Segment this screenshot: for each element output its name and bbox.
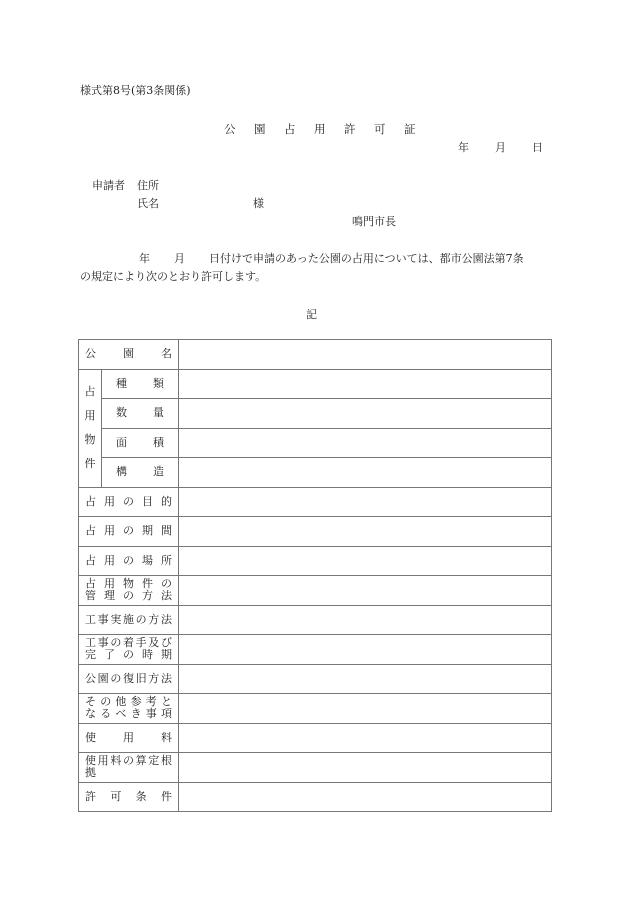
area-value[interactable] xyxy=(179,428,552,458)
quantity-value[interactable] xyxy=(179,399,552,429)
title-char: 用 xyxy=(314,121,326,137)
table-row: その他参考と なるべき事項 xyxy=(79,694,552,724)
permit-conditions-value[interactable] xyxy=(179,782,552,812)
title-char: 占 xyxy=(284,121,296,137)
issue-date: 年月日 xyxy=(458,139,543,155)
table-row: 公園名 xyxy=(79,340,552,370)
management-method-label: 占用物件の 管理の方法 xyxy=(79,576,179,606)
issuer: 鳴門市長 xyxy=(352,213,396,229)
construction-method-label: 工事実施の方法 xyxy=(79,605,179,635)
table-row: 許可条件 xyxy=(79,782,552,812)
address-label: 住所 xyxy=(137,177,159,193)
fee-basis-value[interactable] xyxy=(179,753,552,783)
restoration-method-label: 公園の復旧方法 xyxy=(79,664,179,694)
date-year: 年 xyxy=(458,139,469,155)
period-label: 占用の期間 xyxy=(79,517,179,547)
title-char: 証 xyxy=(404,121,416,137)
park-name-label: 公園名 xyxy=(79,340,179,370)
permit-table: 公園名 占用物件 種類 数量 面積 構造 占用の目的 占用の期間 占用の場所 占… xyxy=(78,339,552,812)
table-row: 工事実施の方法 xyxy=(79,605,552,635)
body-text: 日付けで申請のあった公園の占用については、都市公園法第7条 xyxy=(209,252,524,265)
type-label: 種類 xyxy=(102,369,179,399)
body-year: 年 xyxy=(139,252,150,265)
form-number: 様式第8号(第3条関係) xyxy=(80,82,191,98)
table-row: 構造 xyxy=(79,458,552,488)
park-name-value[interactable] xyxy=(179,340,552,370)
type-value[interactable] xyxy=(179,369,552,399)
date-month: 月 xyxy=(495,139,506,155)
applicant-label: 申請者 xyxy=(92,177,125,193)
purpose-value[interactable] xyxy=(179,487,552,517)
table-row: 工事の着手及び 完了の時期 xyxy=(79,635,552,665)
table-row: 面積 xyxy=(79,428,552,458)
body-text-line2: の規定により次のとおり許可します。 xyxy=(80,268,266,284)
fee-basis-label: 使用料の算定根 拠 xyxy=(79,753,179,783)
other-notes-value[interactable] xyxy=(179,694,552,724)
area-label: 面積 xyxy=(102,428,179,458)
fee-label: 使用料 xyxy=(79,723,179,753)
title-char: 可 xyxy=(374,121,386,137)
body-text-line1: 年月日付けで申請のあった公園の占用については、都市公園法第7条 xyxy=(80,250,524,266)
body-month: 月 xyxy=(174,252,185,265)
construction-period-label: 工事の着手及び 完了の時期 xyxy=(79,635,179,665)
table-row: 占用の目的 xyxy=(79,487,552,517)
location-label: 占用の場所 xyxy=(79,546,179,576)
document-title: 公園占用許可証 xyxy=(224,121,434,137)
table-row: 使用料の算定根 拠 xyxy=(79,753,552,783)
location-value[interactable] xyxy=(179,546,552,576)
title-char: 園 xyxy=(254,121,266,137)
construction-method-value[interactable] xyxy=(179,605,552,635)
title-char: 公 xyxy=(224,121,236,137)
table-row: 使用料 xyxy=(79,723,552,753)
occupancy-group-label: 占用物件 xyxy=(79,369,102,487)
structure-value[interactable] xyxy=(179,458,552,488)
purpose-label: 占用の目的 xyxy=(79,487,179,517)
table-row: 占用物件 種類 xyxy=(79,369,552,399)
ki-heading: 記 xyxy=(306,306,317,322)
table-row: 占用の場所 xyxy=(79,546,552,576)
construction-period-value[interactable] xyxy=(179,635,552,665)
table-row: 公園の復旧方法 xyxy=(79,664,552,694)
name-label: 氏名 xyxy=(137,195,159,211)
table-row: 占用物件の 管理の方法 xyxy=(79,576,552,606)
quantity-label: 数量 xyxy=(102,399,179,429)
restoration-method-value[interactable] xyxy=(179,664,552,694)
honorific: 様 xyxy=(253,195,264,211)
title-char: 許 xyxy=(344,121,356,137)
fee-value[interactable] xyxy=(179,723,552,753)
permit-conditions-label: 許可条件 xyxy=(79,782,179,812)
table-row: 数量 xyxy=(79,399,552,429)
table-row: 占用の期間 xyxy=(79,517,552,547)
structure-label: 構造 xyxy=(102,458,179,488)
other-notes-label: その他参考と なるべき事項 xyxy=(79,694,179,724)
management-method-value[interactable] xyxy=(179,576,552,606)
period-value[interactable] xyxy=(179,517,552,547)
date-day: 日 xyxy=(532,139,543,155)
